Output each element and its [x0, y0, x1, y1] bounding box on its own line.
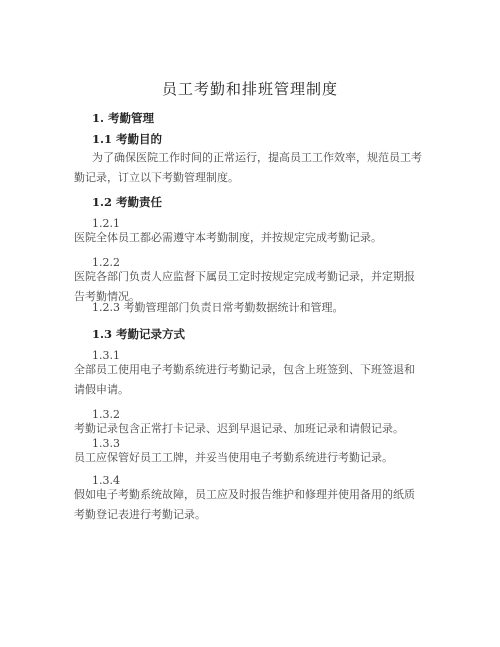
subsection-heading-1-3: 1.3 考勤记录方式	[92, 326, 185, 342]
paragraph-1-1: 为了确保医院工作时间的正常运行，提高员工工作效率，规范员工考勤记录，订立以下考勤…	[74, 148, 424, 188]
section-heading-1: 1. 考勤管理	[92, 110, 154, 126]
item-text-1-3-3: 员工应保管好员工工牌，并妥当使用电子考勤系统进行考勤记录。	[74, 448, 424, 468]
item-text-1-3-1: 全部员工使用电子考勤系统进行考勤记录，包含上班签到、下班签退和请假申请。	[74, 360, 424, 400]
subsection-heading-1-1: 1.1 考勤目的	[92, 131, 162, 147]
item-text-1-2-3: 1.2.3 考勤管理部门负责日常考勤数据统计和管理。	[92, 298, 442, 318]
document-title: 员工考勤和排班管理制度	[0, 78, 500, 99]
document-page: 员工考勤和排班管理制度 1. 考勤管理 1.1 考勤目的 为了确保医院工作时间的…	[0, 0, 500, 647]
item-text-1-3-2: 考勤记录包含正常打卡记录、迟到早退记录、加班记录和请假记录。	[74, 419, 424, 439]
subsection-heading-1-2: 1.2 考勤责任	[92, 194, 162, 210]
item-text-1-3-4: 假如电子考勤系统故障，员工应及时报告维护和修理并使用备用的纸质考勤登记表进行考勤…	[74, 485, 424, 525]
item-text-1-2-1: 医院全体员工都必需遵守本考勤制度，并按规定完成考勤记录。	[74, 228, 424, 248]
